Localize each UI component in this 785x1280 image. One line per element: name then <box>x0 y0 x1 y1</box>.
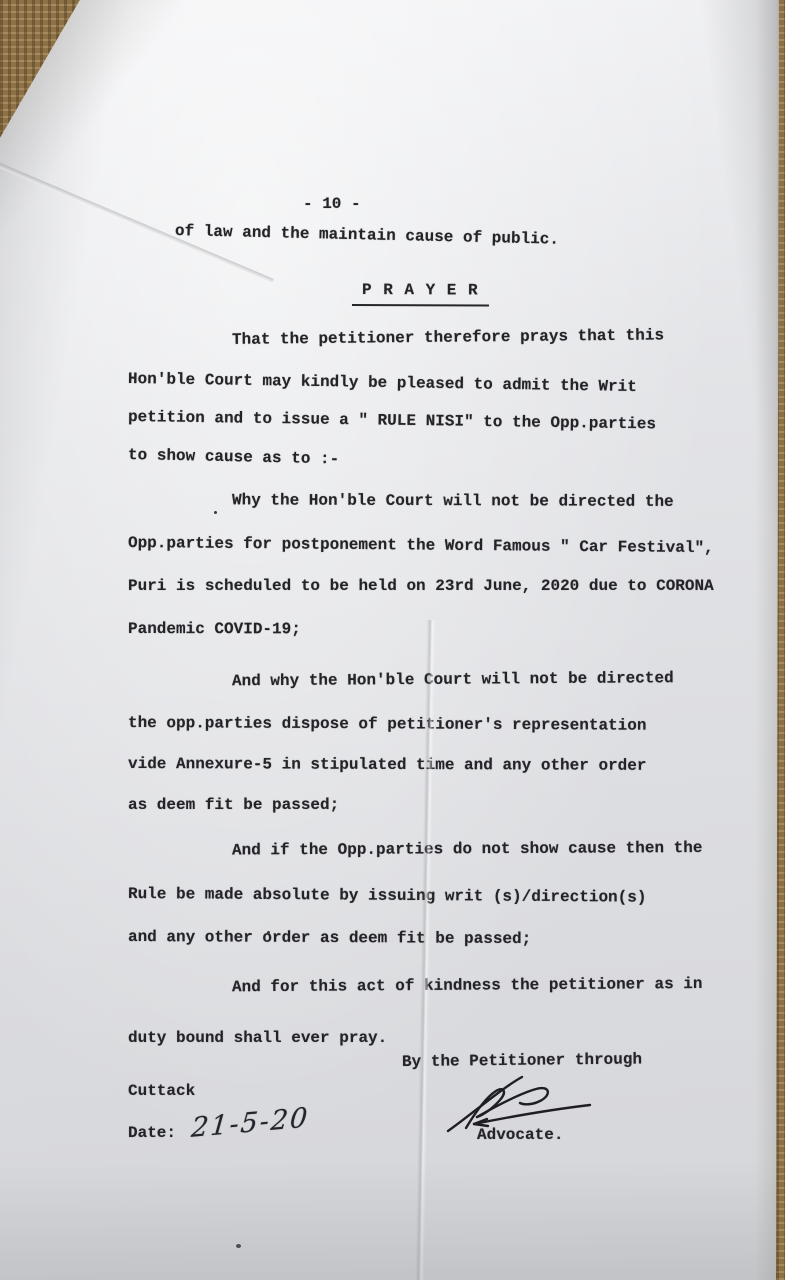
paper-crease <box>0 150 274 284</box>
paragraph-1: That the petitioner therefore prays that… <box>128 322 734 474</box>
handwritten-date: 21-5-20 <box>190 1102 310 1144</box>
typed-line: Rule be made absolute by issuing writ (s… <box>128 873 734 920</box>
typed-line: Why the Hon'ble Court will not be direct… <box>128 479 734 524</box>
typed-line: the opp.parties dispose of petitioner's … <box>128 703 734 747</box>
document-page: - 10 - of law and the maintain cause of … <box>0 0 785 1280</box>
typed-line: as deem fit be passed; <box>128 785 734 826</box>
typed-line: And for this act of kindness the petitio… <box>128 959 734 1013</box>
date-label: Date: <box>128 1124 176 1142</box>
advocate-label: Advocate. <box>477 1126 563 1144</box>
carryover-text: of law and the maintain cause of public. <box>175 222 559 249</box>
date-line: Date:21-5-20 <box>128 1113 308 1144</box>
ink-speck <box>236 1244 241 1248</box>
typed-line: And if the Opp.parties do not show cause… <box>128 827 734 873</box>
page-number: - 10 - <box>303 195 361 213</box>
photo-background: - 10 - of law and the maintain cause of … <box>0 0 785 1280</box>
paragraph-5: And for this act of kindness the petitio… <box>128 963 734 1063</box>
advocate-signature-icon <box>440 1074 618 1134</box>
typed-line: and any other order as deem fit be passe… <box>128 916 734 962</box>
typed-line: That the petitioner therefore prays that… <box>128 316 734 360</box>
paragraph-2: Why the Hon'ble Court will not be direct… <box>128 479 734 651</box>
paragraph-4: And if the Opp.parties do not show cause… <box>128 830 734 959</box>
paragraph-3: And why the Hon'ble Court will not be di… <box>128 662 734 826</box>
prayer-heading: P R A Y E R <box>352 281 489 306</box>
typed-line: And why the Hon'ble Court will not be di… <box>128 658 734 703</box>
by-petitioner-line: By the Petitioner through <box>402 1050 642 1071</box>
ink-speck <box>267 931 270 934</box>
ink-speck <box>214 511 217 514</box>
typed-line: Puri is scheduled to be held on 23rd Jun… <box>128 565 734 608</box>
typed-line: vide Annexure-5 in stipulated time and a… <box>128 744 734 787</box>
paper-shadow <box>0 1160 785 1280</box>
typed-line: Opp.parties for postponement the Word Fa… <box>128 522 734 570</box>
place-label: Cuttack <box>128 1082 195 1100</box>
typed-line: Pandemic COVID-19; <box>128 608 734 652</box>
